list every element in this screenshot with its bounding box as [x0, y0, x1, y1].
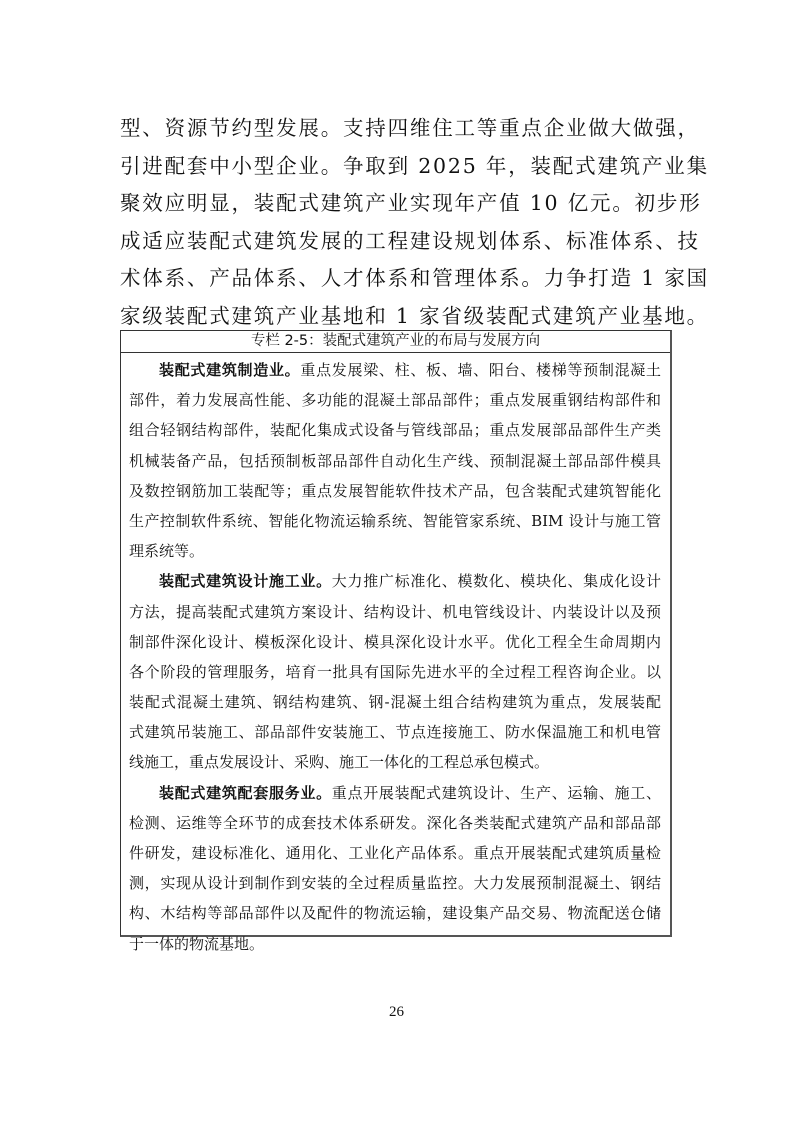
section-line: 于一体的物流基地。: [129, 929, 661, 959]
box-title: 专栏 2-5：装配式建筑产业的布局与发展方向: [121, 331, 670, 353]
section-line: 生产控制软件系统、智能化物流运输系统、智能管家系统、BIM 设计与施工管: [129, 506, 661, 536]
section-line: 装配式建筑制造业。重点发展梁、柱、板、墙、阳台、楼梯等预制混凝土: [129, 355, 661, 385]
section-line: 理系统等。: [129, 536, 661, 566]
intro-paragraph: 型、资源节约型发展。支持四维住工等重点企业做大做强， 引进配套中小型企业。争取到…: [120, 110, 676, 335]
section-line: 线施工，重点发展设计、采购、施工一体化的工程总承包模式。: [129, 747, 661, 777]
section-line: 方法，提高装配式建筑方案设计、结构设计、机电管线设计、内装设计以及预: [129, 597, 661, 627]
page-number: 26: [0, 1004, 793, 1021]
section-line: 测，实现从设计到制作到安装的全过程质量监控。大力发展预制混凝土、钢结: [129, 868, 661, 898]
section-line: 装配式建筑配套服务业。重点开展装配式建筑设计、生产、运输、施工、: [129, 778, 661, 808]
section-line: 制部件深化设计、模板深化设计、模具深化设计水平。优化工程全生命周期内: [129, 627, 661, 657]
intro-line: 引进配套中小型企业。争取到 2025 年，装配式建筑产业集: [120, 148, 676, 186]
section-design-construction: 装配式建筑设计施工业。大力推广标准化、模数化、模块化、集成化设计 方法，提高装配…: [129, 566, 661, 777]
section-line: 部件，着力发展高性能、多功能的混凝土部品部件；重点发展重钢结构部件和: [129, 385, 661, 415]
sidebar-box-2-5: 专栏 2-5：装配式建筑产业的布局与发展方向 装配式建筑制造业。重点发展梁、柱、…: [120, 330, 672, 937]
section-line: 各个阶段的管理服务，培育一批具有国际先进水平的全过程工程咨询企业。以: [129, 657, 661, 687]
section-line: 装配式建筑设计施工业。大力推广标准化、模数化、模块化、集成化设计: [129, 566, 661, 596]
section-lead: 装配式建筑设计施工业。: [159, 572, 332, 590]
section-line: 及数控钢筋加工装配等；重点发展智能软件技术产品，包含装配式建筑智能化: [129, 476, 661, 506]
intro-line: 型、资源节约型发展。支持四维住工等重点企业做大做强，: [120, 110, 676, 148]
section-lead: 装配式建筑制造业。: [159, 361, 300, 379]
section-manufacturing: 装配式建筑制造业。重点发展梁、柱、板、墙、阳台、楼梯等预制混凝土 部件，着力发展…: [129, 355, 661, 566]
section-text: 重点开展装配式建筑设计、生产、运输、施工、: [332, 784, 661, 802]
box-body: 装配式建筑制造业。重点发展梁、柱、板、墙、阳台、楼梯等预制混凝土 部件，着力发展…: [121, 353, 670, 959]
section-line: 组合轻钢结构部件，装配化集成式设备与管线部品；重点发展部品部件生产类: [129, 415, 661, 445]
section-line: 件研发，建设标准化、通用化、工业化产品体系。重点开展装配式建筑质量检: [129, 838, 661, 868]
section-line: 式建筑吊装施工、部品部件安装施工、节点连接施工、防水保温施工和机电管: [129, 717, 661, 747]
section-line: 机械装备产品，包括预制板部品部件自动化生产线、预制混凝土部品部件模具: [129, 446, 661, 476]
section-text: 大力推广标准化、模数化、模块化、集成化设计: [332, 572, 661, 590]
section-line: 装配式混凝土建筑、钢结构建筑、钢-混凝土组合结构建筑为重点，发展装配: [129, 687, 661, 717]
section-line: 检测、运维等全环节的成套技术体系研发。深化各类装配式建筑产品和部品部: [129, 808, 661, 838]
section-support-services: 装配式建筑配套服务业。重点开展装配式建筑设计、生产、运输、施工、 检测、运维等全…: [129, 778, 661, 959]
section-text: 重点发展梁、柱、板、墙、阳台、楼梯等预制混凝土: [300, 361, 661, 379]
intro-line: 术体系、产品体系、人才体系和管理体系。力争打造 1 家国: [120, 260, 676, 298]
intro-line: 聚效应明显，装配式建筑产业实现年产值 10 亿元。初步形: [120, 185, 676, 223]
intro-line: 成适应装配式建筑发展的工程建设规划体系、标准体系、技: [120, 223, 676, 261]
section-line: 构、木结构等部品部件以及配件的物流运输，建设集产品交易、物流配送仓储: [129, 898, 661, 928]
section-lead: 装配式建筑配套服务业。: [159, 784, 332, 802]
